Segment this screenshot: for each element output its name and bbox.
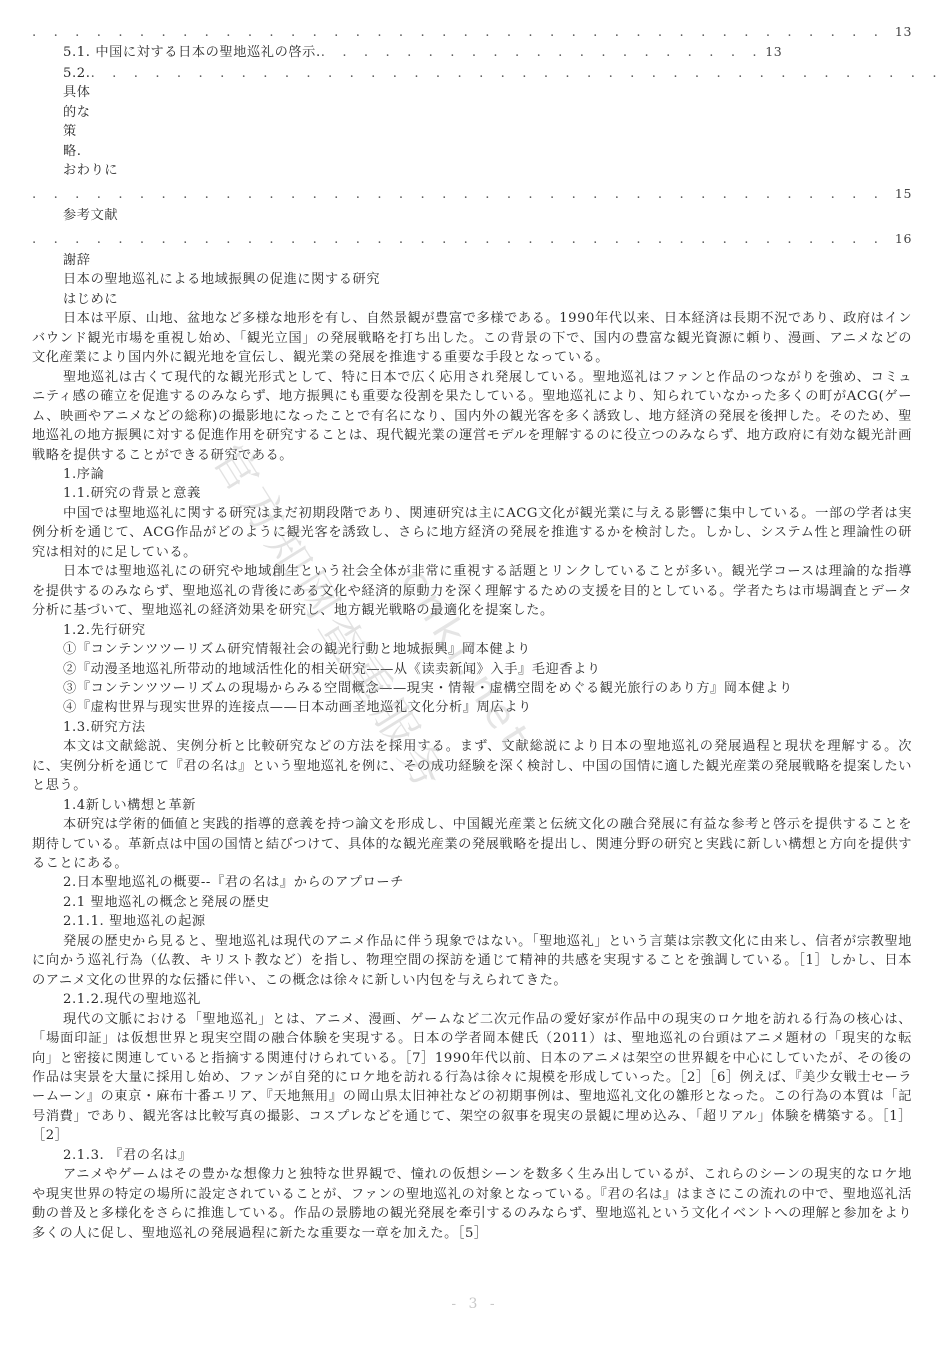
paragraph: 日本では聖地巡礼にの研究や地域創生という社会全体が非常に重視する話題とリンクして… [32,562,912,620]
heading-section-2-1-3: 2.1.3. 『君の名は』 [32,1146,912,1165]
heading-section-1-3: 1.3.研究方法 [32,718,912,737]
paragraph: 発展の歴史から見ると、聖地巡礼は現代のアニメ作品に伴う現象ではない。「聖地巡礼」… [32,932,912,990]
toc-label[interactable]: おわりに [32,161,912,180]
heading-section-1-4: 1.4新しい構想と革新 [32,796,912,815]
toc-page-number: 13 [763,42,782,61]
heading-section-1-1: 1.1.研究の背景と意義 [32,484,912,503]
heading-section-1-2: 1.2.先行研究 [32,621,912,640]
toc-entry[interactable]: . . . . . . . . . . . . . . . . . . . . … [32,229,912,249]
toc-leader-dots: . . . . . . . . . . . . . . . . . . . . … [32,185,893,204]
heading-section-2-1-1: 2.1.1. 聖地巡礼の起源 [32,912,912,931]
paragraph: 本研究は学術的価値と実践的指導的意義を持つ論文を形成し、中国観光産業と伝統文化の… [32,815,912,873]
heading-section-2: 2.日本聖地巡礼の概要--『君の名は』からのアプローチ [32,873,912,892]
prior-research-item: ④『虚构世界与现实世界的连接点——日本动画圣地巡礼文化分析』周広より [32,698,912,717]
paragraph: 聖地巡礼は古くて現代的な観光形式として、特に日本で広く応用され発展している。聖地… [32,368,912,465]
toc-page-number: 15 [893,184,912,203]
heading-section-2-1-2: 2.1.2.現代の聖地巡礼 [32,990,912,1009]
document-title: 日本の聖地巡礼による地域振興の促進に関する研究 [32,270,912,289]
paragraph: 現代の文脈における「聖地巡礼」とは、アニメ、漫画、ゲームなど二次元作品の愛好家が… [32,1010,912,1146]
prior-research-item: ①『コンテンツツーリズム研究情報社会の観光行動と地城振興』岡本健より [32,640,912,659]
toc-entry[interactable]: . . . . . . . . . . . . . . . . . . . . … [32,184,912,204]
toc-leader-dots: . . . . . . . . . . . . . . . . . . . . … [32,23,893,42]
paragraph: 本文は文献総説、実例分析と比較研究などの方法を採用する。まず、文献総説により日本… [32,737,912,795]
toc-entry[interactable]: . . . . . . . . . . . . . . . . . . . . … [32,22,912,42]
toc-label: 5.2. 具体的な策略. [63,64,91,161]
toc-leader-dots: . . . . . . . . . . . . . . . . . . . . … [321,43,763,62]
prior-research-item: ②『动漫圣地巡礼所带动的地域活性化的相关研究——从《读卖新闻》入手』毛迎香より [32,660,912,679]
toc-label[interactable]: 参考文献 [32,206,912,225]
toc-leader-dots: . . . . . . . . . . . . . . . . . . . . … [91,64,950,83]
heading-intro: はじめに [32,290,912,309]
paragraph: 日本は平原、山地、盆地など多様な地形を有し、自然景観が豊富で多様である。1990… [32,309,912,367]
toc-entry[interactable]: 5.1. 中国に対する日本の聖地巡礼の啓示. . . . . . . . . .… [32,42,912,62]
page-number: - 3 - [0,1296,950,1312]
heading-section-1: 1.序論 [32,465,912,484]
document-page: . . . . . . . . . . . . . . . . . . . . … [32,22,912,1243]
toc-page-number: 13 [893,22,912,41]
heading-section-2-1: 2.1 聖地巡礼の概念と発展の歴史 [32,893,912,912]
prior-research-item: ③『コンテンツツーリズムの現場からみる空間概念——現実・情報・虚構空間をめぐる観… [32,679,912,698]
paragraph: 中国では聖地巡礼に関する研究はまだ初期段階であり、関連研究は主にACG文化が観光… [32,504,912,562]
paragraph: アニメやゲームはその豊かな想像力と独特な世界観で、憧れの仮想シーンを数多く生み出… [32,1165,912,1243]
toc-entry[interactable]: 5.2. 具体的な策略. . . . . . . . . . . . . . .… [32,63,912,161]
toc-page-number: 16 [893,229,912,248]
heading-acknowledgement: 謝辞 [32,251,912,270]
toc-leader-dots: . . . . . . . . . . . . . . . . . . . . … [32,230,893,249]
toc-label: 5.1. 中国に対する日本の聖地巡礼の啓示. [63,43,321,62]
